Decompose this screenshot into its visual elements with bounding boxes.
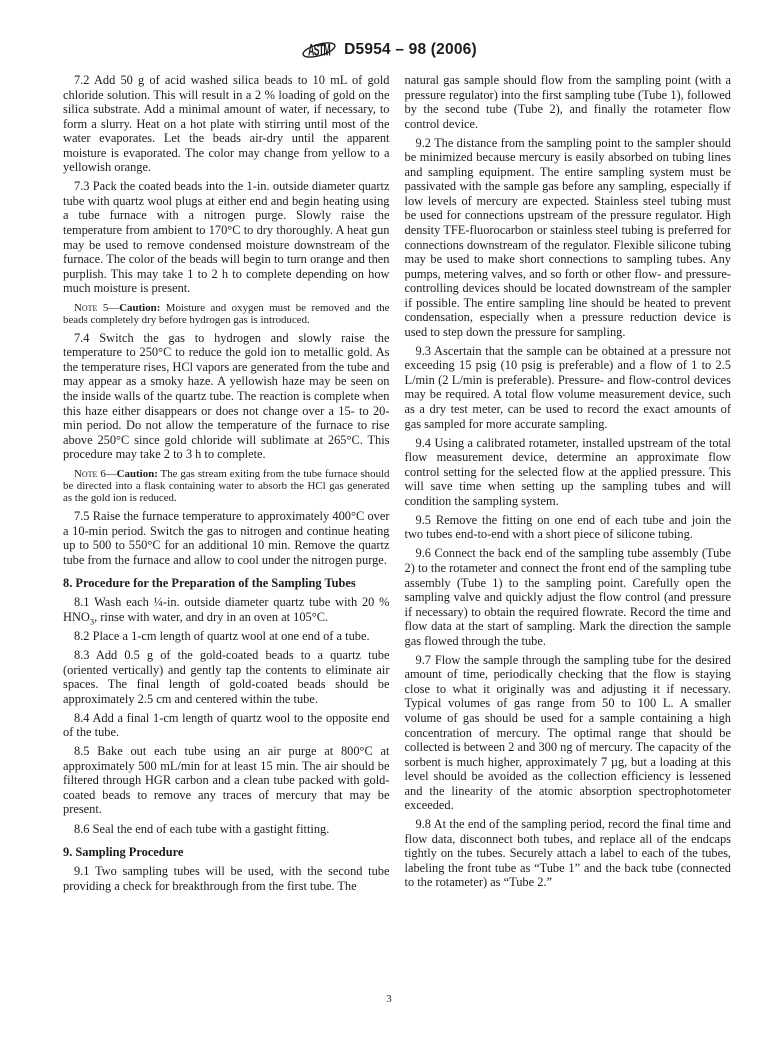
document-page: ASTM D5954 – 98 (2006) 7.2 Add 50 g of a… — [0, 0, 778, 1041]
paragraph-9-1: 9.1 Two sampling tubes will be used, wit… — [63, 864, 390, 893]
paragraph-7-5: 7.5 Raise the furnace temperature to app… — [63, 509, 390, 567]
paragraph-7-3: 7.3 Pack the coated beads into the 1-in.… — [63, 179, 390, 295]
note-5-caution-label: Caution: — [119, 302, 160, 314]
paragraph-8-6: 8.6 Seal the end of each tube with a gas… — [63, 822, 390, 837]
paragraph-9-8: 9.8 At the end of the sampling period, r… — [405, 817, 732, 890]
paragraph-8-1: 8.1 Wash each ¼-in. outside diameter qua… — [63, 595, 390, 624]
paragraph-9-6: 9.6 Connect the back end of the sampling… — [405, 546, 732, 648]
document-body: 7.2 Add 50 g of acid washed silica beads… — [63, 73, 731, 893]
section-8-heading: 8. Procedure for the Preparation of the … — [63, 576, 390, 591]
note-5-label: Note 5— — [74, 302, 119, 314]
note-6-label: Note 6— — [74, 468, 117, 480]
paragraph-8-3: 8.3 Add 0.5 g of the gold-coated beads t… — [63, 648, 390, 706]
note-6: Note 6—Caution: The gas stream exiting f… — [63, 468, 390, 505]
paragraph-9-4: 9.4 Using a calibrated rotameter, instal… — [405, 436, 732, 509]
left-column: 7.2 Add 50 g of acid washed silica beads… — [63, 73, 390, 893]
page-number: 3 — [0, 993, 778, 1005]
paragraph-9-2: 9.2 The distance from the sampling point… — [405, 136, 732, 340]
paragraph-9-7: 9.7 Flow the sample through the sampling… — [405, 653, 732, 813]
paragraph-7-4: 7.4 Switch the gas to hydrogen and slowl… — [63, 331, 390, 462]
right-column: natural gas sample should flow from the … — [405, 73, 732, 893]
paragraph-7-2: 7.2 Add 50 g of acid washed silica beads… — [63, 73, 390, 175]
standard-designation: D5954 – 98 (2006) — [344, 41, 477, 59]
paragraph-9-3: 9.3 Ascertain that the sample can be obt… — [405, 344, 732, 431]
paragraph-8-5: 8.5 Bake out each tube using an air purg… — [63, 744, 390, 817]
note-5: Note 5—Caution: Moisture and oxygen must… — [63, 302, 390, 327]
paragraph-8-2: 8.2 Place a 1-cm length of quartz wool a… — [63, 629, 390, 644]
paragraph-9-1-continued: natural gas sample should flow from the … — [405, 73, 732, 131]
section-9-heading: 9. Sampling Procedure — [63, 845, 390, 860]
note-6-caution-label: Caution: — [117, 468, 158, 480]
paragraph-8-4: 8.4 Add a final 1-cm length of quartz wo… — [63, 711, 390, 740]
header: ASTM D5954 – 98 (2006) — [0, 34, 778, 66]
astm-logo-icon: ASTM — [301, 34, 337, 66]
paragraph-8-1-post: , rinse with water, and dry in an oven a… — [94, 610, 328, 624]
paragraph-9-5: 9.5 Remove the fitting on one end of eac… — [405, 513, 732, 542]
